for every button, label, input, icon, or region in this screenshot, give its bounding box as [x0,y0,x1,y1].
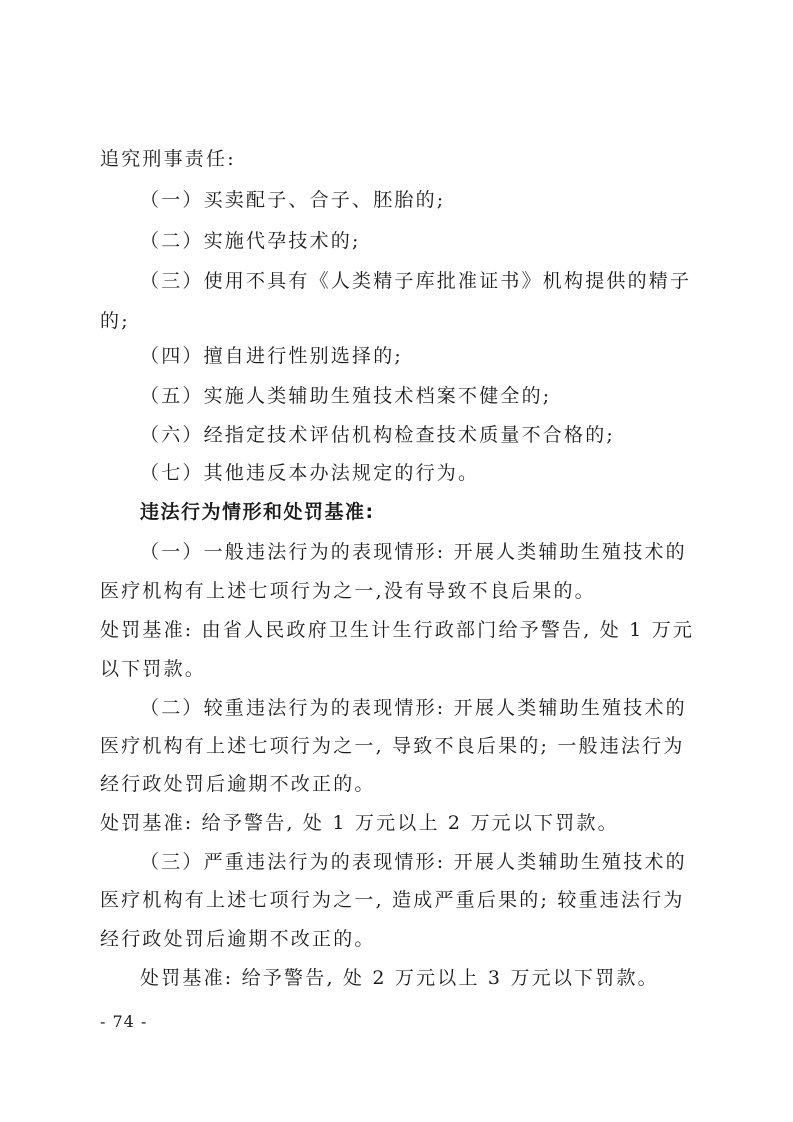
text-line: （三）严重违法行为的表现情形: 开展人类辅助生殖技术的 [140,850,687,874]
section-heading: 违法行为情形和处罚基准: [140,500,375,524]
text-line: 追究刑事责任: [100,147,236,171]
text-line: （一）买卖配子、合子、胚胎的; [140,188,445,212]
page-number: - 74 - [100,1012,147,1032]
text-line: 处罚基准: 给予警告, 处 1 万元以上 2 万元以下罚款。 [100,811,619,835]
text-line: 处罚基准: 给予警告, 处 2 万元以上 3 万元以下罚款。 [140,966,659,990]
text-line: 医疗机构有上述七项行为之一, 导致不良后果的; 一般违法行为 [100,734,685,758]
text-line: 医疗机构有上述七项行为之一, 造成严重后果的; 较重违法行为 [100,888,685,912]
text-line: 处罚基准: 由省人民政府卫生计生行政部门给予警告, 处 1 万元 [100,618,694,642]
text-line: （二）实施代孕技术的; [140,229,361,253]
text-line: （一）一般违法行为的表现情形: 开展人类辅助生殖技术的 [140,540,687,564]
text-line: （四）擅自进行性别选择的; [140,344,403,368]
text-line: （二）较重违法行为的表现情形: 开展人类辅助生殖技术的 [140,696,687,720]
text-line: 经行政处罚后逾期不改正的。 [100,772,376,796]
text-line: 的; [100,309,130,333]
text-line: 以下罚款。 [100,657,206,681]
text-line: （六）经指定技术评估机构检查技术质量不合格的; [140,423,615,447]
text-line: （三）使用不具有《人类精子库批准证书》机构提供的精子 [140,269,691,293]
text-line: （七）其他违反本办法规定的行为。 [140,461,479,485]
text-line: 医疗机构有上述七项行为之一,没有导致不良后果的。 [100,579,596,603]
text-line: （五）实施人类辅助生殖技术档案不健全的; [140,384,551,408]
text-line: 经行政处罚后逾期不改正的。 [100,927,376,951]
